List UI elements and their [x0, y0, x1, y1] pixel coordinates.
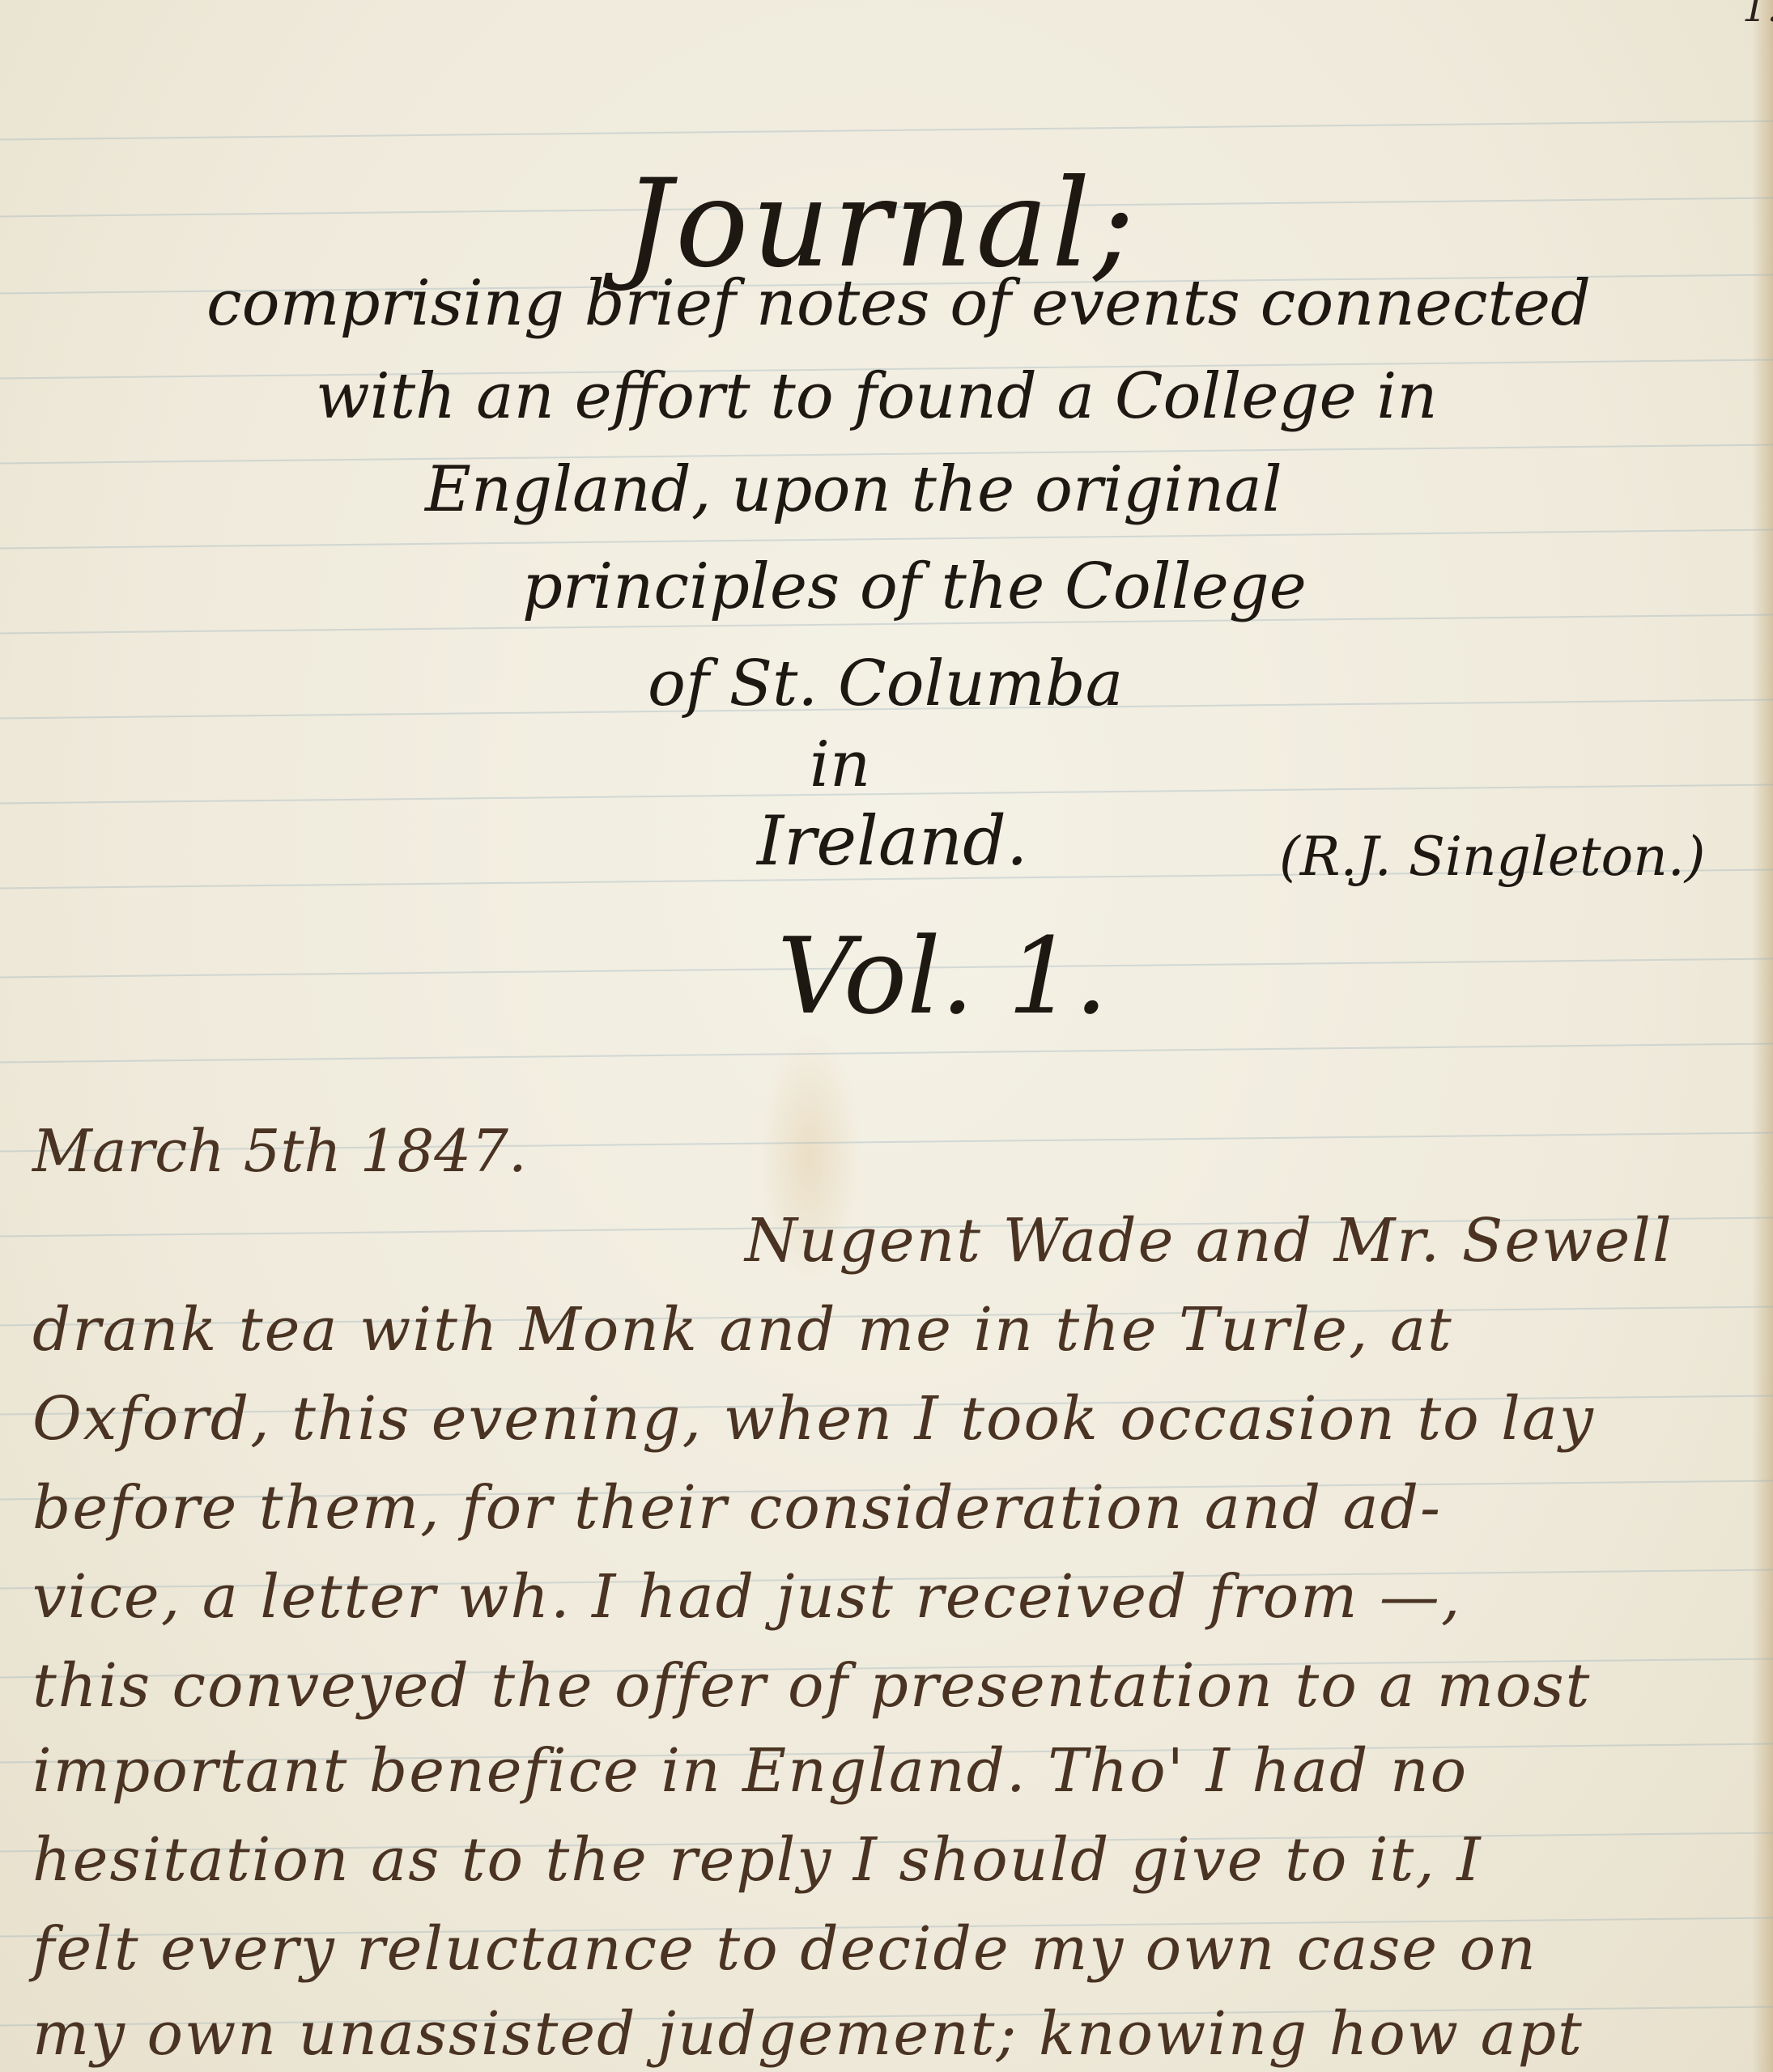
entry-line: drank tea with Monk and me in the Turle,… — [32, 1295, 1453, 1365]
ruled-line — [0, 1043, 1773, 1064]
entry-line: felt every reluctance to decide my own c… — [32, 1914, 1537, 1984]
entry-date: March 5th 1847. — [32, 1117, 527, 1185]
manuscript-page: 1. Journal; comprising brief notes of ev… — [0, 0, 1773, 2072]
ruled-line — [0, 529, 1773, 550]
subtitle-line: principles of the College — [522, 550, 1307, 623]
entry-line: this conveyed the offer of presentation … — [32, 1651, 1591, 1721]
entry-line: important benefice in England. Tho' I ha… — [32, 1736, 1468, 1806]
entry-line: my own unassisted judgement; knowing how… — [32, 1999, 1584, 2069]
entry-line: Oxford, this evening, when I took occasi… — [32, 1384, 1595, 1454]
entry-line: Nugent Wade and Mr. Sewell — [745, 1206, 1673, 1276]
subtitle-line: of St. Columba — [648, 647, 1123, 720]
volume-label: Vol. 1. — [777, 915, 1108, 1038]
subtitle-line: Ireland. — [757, 801, 1028, 881]
subtitle-line: England, upon the original — [425, 453, 1282, 526]
page-number: 1. — [1742, 0, 1773, 31]
entry-line: before them, for their consideration and… — [32, 1473, 1442, 1543]
author-attribution: (R.J. Singleton.) — [1279, 826, 1705, 888]
subtitle-line: in — [810, 728, 870, 801]
entry-line: hesitation as to the reply I should give… — [32, 1825, 1482, 1895]
ruled-line — [0, 121, 1773, 141]
subtitle-line: with an effort to found a College in — [316, 360, 1438, 433]
entry-line: vice, a letter wh. I had just received f… — [32, 1562, 1461, 1632]
subtitle-line: comprising brief notes of events connect… — [206, 267, 1591, 340]
page-edge — [1752, 0, 1773, 2072]
